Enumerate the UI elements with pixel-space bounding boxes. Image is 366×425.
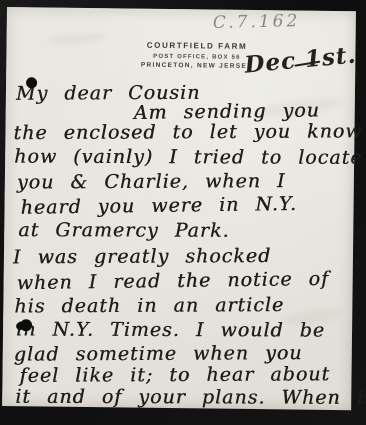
catalog-number: C.7.162 <box>213 11 301 33</box>
letter-line: I was greatly shocked <box>13 245 271 268</box>
letter-line: at Gramercy Park. <box>18 219 229 242</box>
letter-line: glad sometime when you <box>14 342 303 366</box>
ink-showthrough-smudge <box>46 32 107 46</box>
scan-background: C.7.162 COURTFIELD FARM POST OFFICE, BOX… <box>0 0 366 425</box>
hole-punch <box>20 319 32 331</box>
letter-line: feel like it; to hear about <box>19 363 330 387</box>
letterhead-farm-name: COURTFIELD FARM <box>124 41 269 51</box>
letter-line: heard you were in N.Y. <box>20 193 297 219</box>
letter-line: the enclosed to let you know <box>13 120 362 144</box>
letter-line: when I read the notice of <box>17 268 330 294</box>
letter-line: how (vainly) I tried to locate <box>14 146 362 169</box>
letter-line: it and of your plans. When in <box>15 386 366 409</box>
hole-punch <box>26 77 37 88</box>
letter-line: in N.Y. Times. I would be <box>16 318 325 341</box>
letter-line: his death in an article <box>14 294 284 317</box>
letter-line: you & Charlie, when I <box>17 170 286 193</box>
letter-paper: C.7.162 COURTFIELD FARM POST OFFICE, BOX… <box>2 7 356 410</box>
